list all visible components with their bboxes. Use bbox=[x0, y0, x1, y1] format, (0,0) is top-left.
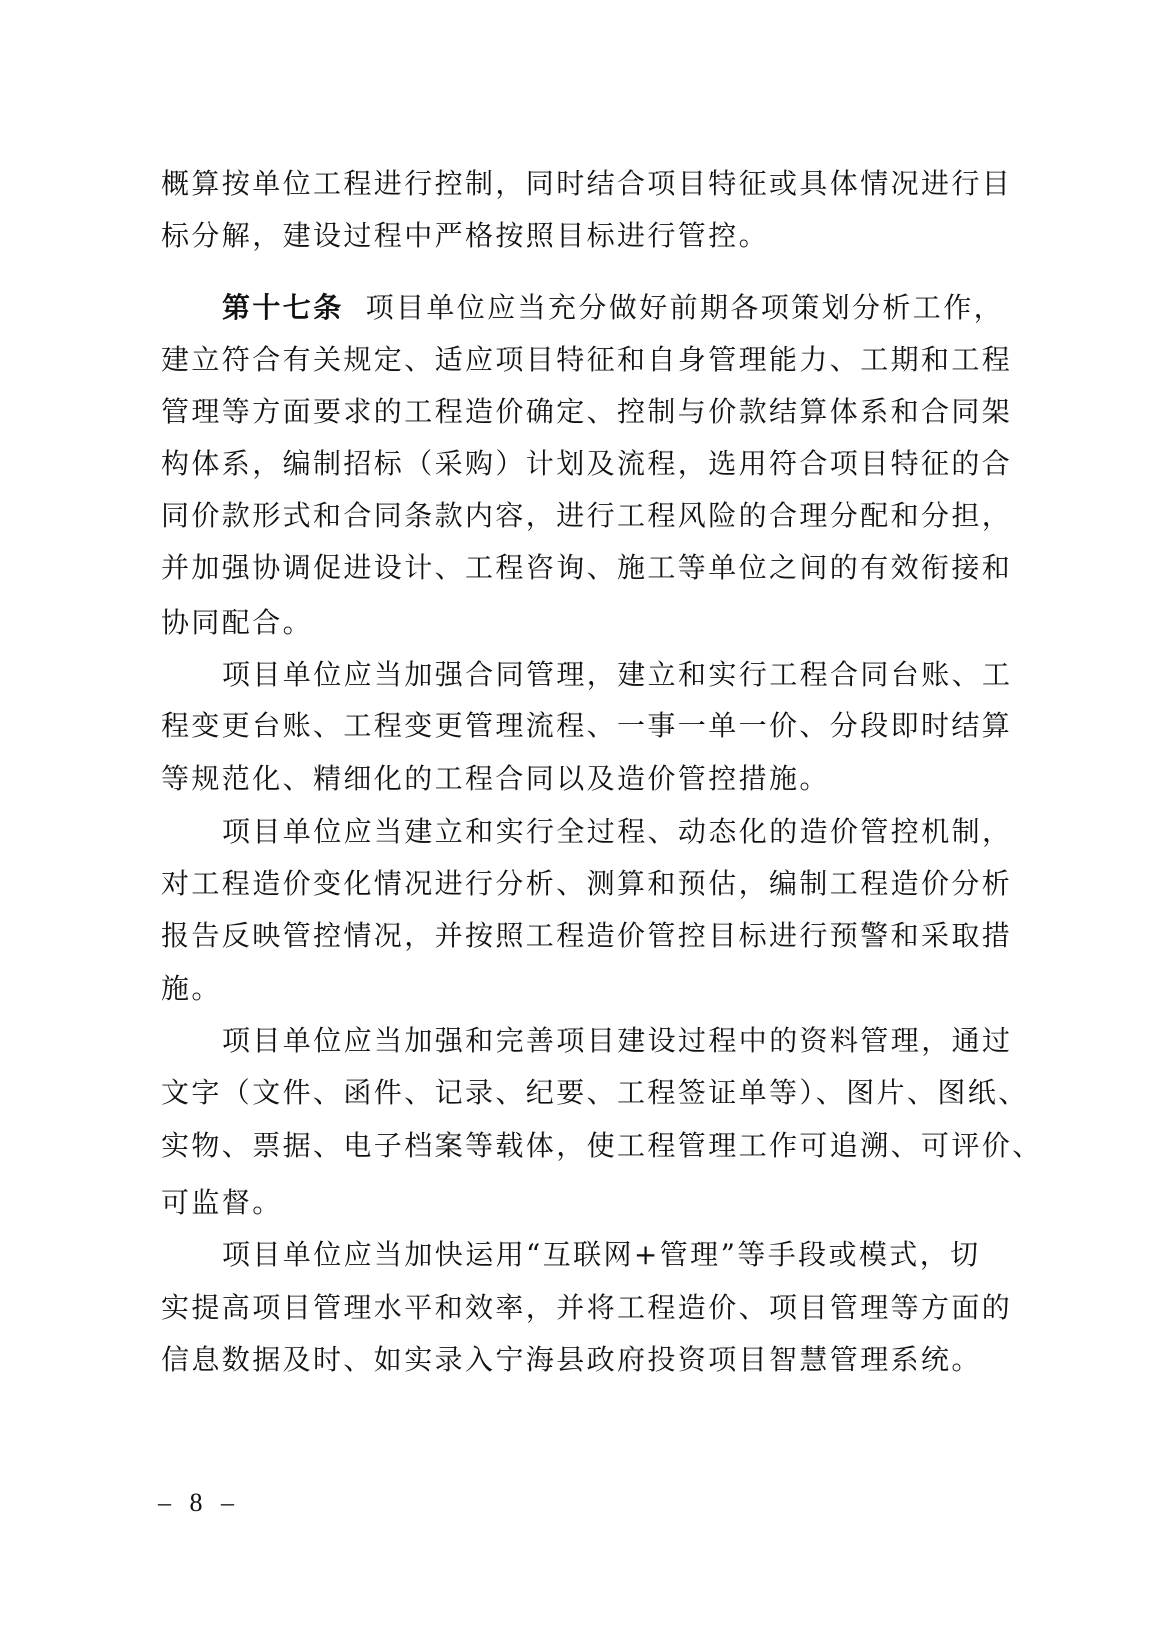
paragraph-line: 实提高项目管理水平和效率，并将工程造价、项目管理等方面的 bbox=[161, 1290, 1012, 1326]
paragraph-line: 施。 bbox=[161, 971, 222, 1007]
paragraph-line: 对工程造价变化情况进行分析、测算和预估，编制工程造价分析 bbox=[161, 866, 1012, 902]
article-first-line: 第十七条项目单位应当充分做好前期各项策划分析工作， bbox=[222, 290, 1004, 326]
paragraph-line: 信息数据及时、如实录入宁海县政府投资项目智慧管理系统。 bbox=[161, 1342, 982, 1378]
paragraph-line: 项目单位应当充分做好前期各项策划分析工作， bbox=[366, 291, 1004, 324]
paragraph-line: 可监督。 bbox=[161, 1185, 283, 1221]
paragraph-line: 构体系，编制招标（采购）计划及流程，选用符合项目特征的合 bbox=[161, 446, 1012, 482]
paragraph-line: 项目单位应当加强和完善项目建设过程中的资料管理，通过 bbox=[222, 1023, 1012, 1059]
paragraph-line: 标分解，建设过程中严格按照目标进行管控。 bbox=[161, 218, 769, 254]
paragraph-line: 程变更台账、工程变更管理流程、一事一单一价、分段即时结算 bbox=[161, 708, 1012, 744]
paragraph-line: 报告反映管控情况，并按照工程造价管控目标进行预警和采取措 bbox=[161, 918, 1012, 954]
page-number: – 8 – bbox=[158, 1487, 240, 1519]
paragraph-line: 项目单位应当加强合同管理，建立和实行工程合同台账、工 bbox=[222, 657, 1012, 693]
paragraph-line: 概算按单位工程进行控制，同时结合项目特征或具体情况进行目 bbox=[161, 166, 1012, 202]
paragraph-line: 文字（文件、函件、记录、纪要、工程签证单等）、图片、图纸、 bbox=[161, 1075, 1029, 1111]
paragraph-line: 同价款形式和合同条款内容，进行工程风险的合理分配和分担， bbox=[161, 498, 1012, 534]
paragraph-line: 管理等方面要求的工程造价确定、控制与价款结算体系和合同架 bbox=[161, 394, 1012, 430]
paragraph-line: 等规范化、精细化的工程合同以及造价管控措施。 bbox=[161, 761, 830, 797]
document-page: 概算按单位工程进行控制，同时结合项目特征或具体情况进行目 标分解，建设过程中严格… bbox=[0, 0, 1157, 1637]
paragraph-line: 项目单位应当建立和实行全过程、动态化的造价管控机制， bbox=[222, 814, 1012, 850]
paragraph-line: 建立符合有关规定、适应项目特征和自身管理能力、工期和工程 bbox=[161, 342, 1012, 378]
article-label: 第十七条 bbox=[222, 291, 344, 324]
paragraph-line: 实物、票据、电子档案等载体，使工程管理工作可追溯、可评价、 bbox=[161, 1128, 1043, 1164]
paragraph-line: 项目单位应当加快运用“互联网+管理”等手段或模式，切 bbox=[222, 1237, 981, 1273]
paragraph-line: 并加强协调促进设计、工程咨询、施工等单位之间的有效衔接和 bbox=[161, 550, 1012, 586]
paragraph-line: 协同配合。 bbox=[161, 605, 313, 641]
